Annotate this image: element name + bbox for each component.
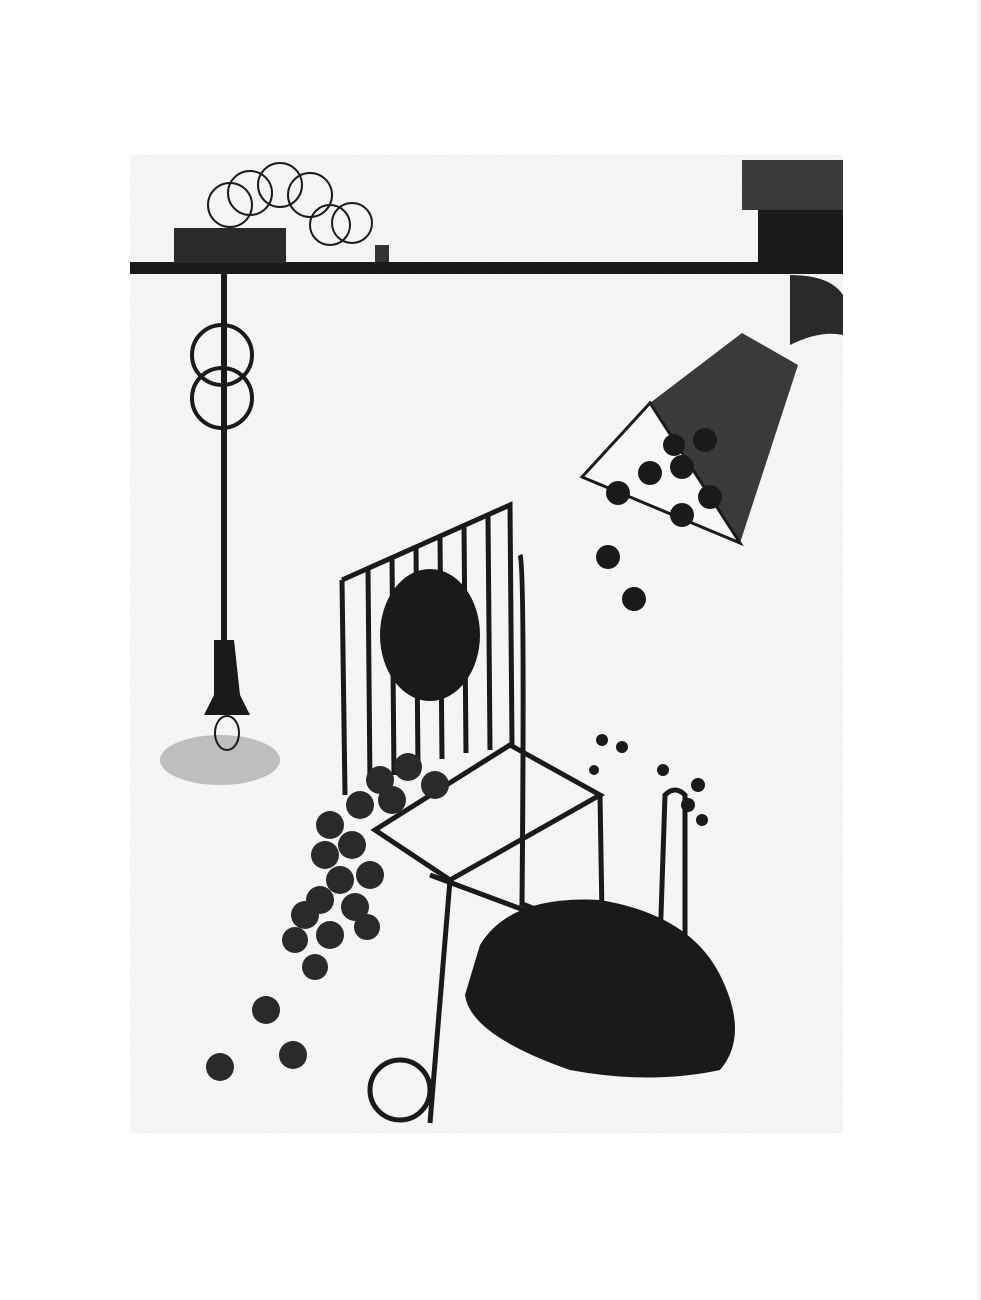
stone [380,569,480,701]
page-edge [975,0,981,1300]
illustration-canvas [130,155,843,1133]
illustration [130,155,843,1133]
